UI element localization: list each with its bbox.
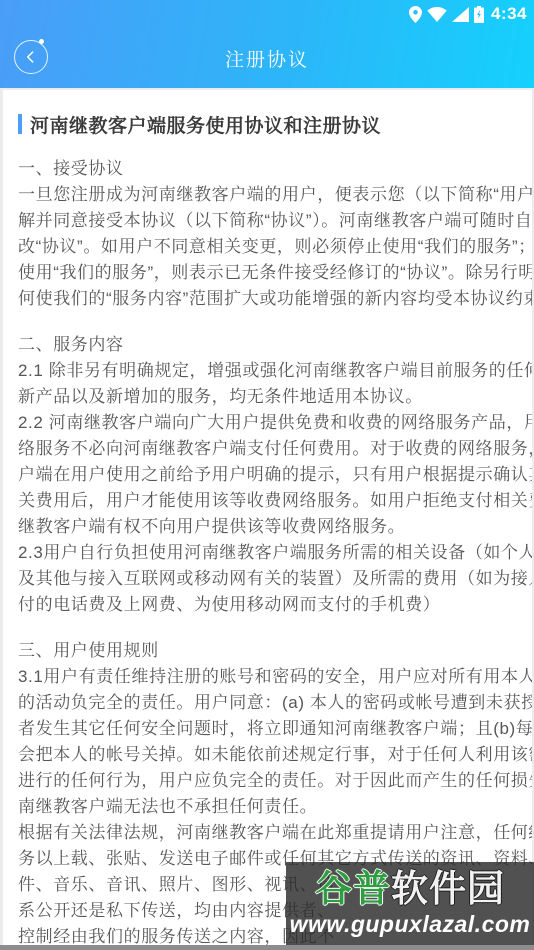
watermark-site-name: 谷普软件园 (315, 869, 505, 909)
document-title: 河南继教客户端服务使用协议和注册协议 (30, 111, 381, 138)
text-line: 2.2 河南继教客户端向广大用户提供免费和收费的网络服务产品，用户使用免 (18, 410, 532, 436)
back-button-dot (39, 39, 44, 44)
document-body: 一、接受协议一旦您注册成为河南继教客户端的用户，便表示您（以下简称“用户”）已经… (18, 156, 532, 945)
watermark-url: www.gupuxlazal.com (290, 911, 531, 938)
text-line: 2.1 除非另有明确规定，增强或强化河南继教客户端目前服务的任何新功能， (18, 358, 532, 384)
text-line: 改“协议”。如用户不同意相关变更，则必须停止使用“我们的服务”；如果用户 (18, 234, 532, 260)
text-line: 络服务不必向河南继教客户端支付任何费用。对于收费的网络服务，河南继 (18, 436, 532, 462)
watermark-overlay: 谷普软件园 www.gupuxlazal.com (286, 862, 534, 945)
app-screen: 4:34 注册协议 河南继教客户端服务使用协议和注册协议 一、接受协议一旦您注册… (0, 0, 534, 950)
text-line: 使用“我们的服务”，则表示已无条件接受经修订的“协议”。除另行明确声明外 (18, 260, 532, 286)
text-line: 何使我们的“服务内容”范围扩大或功能增强的新内容均受本协议约束。 (18, 286, 532, 312)
text-line: 进行的任何行为，用户应负完全的责任。对于因此而产生的任何损失或损害 (18, 768, 532, 794)
signal-icon (452, 7, 469, 22)
section-heading: 二、服务内容 (18, 332, 532, 358)
status-bar: 4:34 (0, 0, 534, 28)
location-icon (409, 6, 422, 23)
text-line: 解并同意接受本协议（以下简称“协议”）。河南继教客户端可随时自行全权 (18, 208, 532, 234)
document-title-row: 河南继教客户端服务使用协议和注册协议 (18, 110, 532, 138)
top-bar: 4:34 注册协议 (0, 0, 534, 88)
text-line: 根据有关法律法规，河南继教客户端在此郑重提请用户注意，任何经由我们 (18, 820, 532, 846)
title-accent-bar (18, 114, 22, 134)
text-line: 一旦您注册成为河南继教客户端的用户，便表示您（以下简称“用户”）已经 (18, 182, 532, 208)
back-button[interactable] (14, 40, 48, 74)
text-line: 的活动负完全的责任。用户同意：(a) 本人的密码或帐号遭到未获授权的使用 (18, 690, 532, 716)
page-title: 注册协议 (225, 45, 309, 72)
bottom-edge-strip (0, 945, 534, 950)
watermark-text-green: 谷普 (315, 868, 391, 909)
battery-charging-icon (474, 6, 484, 23)
text-line: 户端在用户使用之前给予用户明确的提示，只有用户根据提示确认其愿意支 (18, 462, 532, 488)
text-line: 及其他与接入互联网或移动网有关的装置）及所需的费用（如为接入互联网 (18, 566, 532, 592)
section-heading: 三、用户使用规则 (18, 638, 532, 664)
text-line: 新产品以及新增加的服务，均无条件地适用本协议。 (18, 384, 532, 410)
watermark-text-white: 软件园 (391, 868, 505, 909)
agreement-section: 二、服务内容2.1 除非另有明确规定，增强或强化河南继教客户端目前服务的任何新功… (18, 332, 532, 618)
status-time: 4:34 (491, 4, 527, 24)
text-line: 3.1用户有责任维持注册的账号和密码的安全，用户应对所有用本人的密码及 (18, 664, 532, 690)
text-line: 南继教客户端无法也不承担任何责任。 (18, 794, 532, 820)
agreement-section: 一、接受协议一旦您注册成为河南继教客户端的用户，便表示您（以下简称“用户”）已经… (18, 156, 532, 312)
text-line: 2.3用户自行负担使用河南继教客户端服务所需的相关设备（如个人电脑、手 (18, 540, 532, 566)
text-line: 关费用后，用户才能使用该等收费网络服务。如用户拒绝支付相关费用，则 (18, 488, 532, 514)
text-line: 会把本人的帐号关掉。如未能依前述规定行事，对于任何人利用该密码及帐 (18, 742, 532, 768)
text-line: 付的电话费及上网费、为使用移动网而支付的手机费） (18, 592, 532, 618)
wifi-icon (427, 7, 447, 22)
app-bar: 注册协议 (0, 28, 534, 88)
chevron-left-icon (22, 48, 40, 66)
section-heading: 一、接受协议 (18, 156, 532, 182)
agreement-document[interactable]: 河南继教客户端服务使用协议和注册协议 一、接受协议一旦您注册成为河南继教客户端的… (3, 90, 532, 945)
text-line: 继教客户端有权不向用户提供该等收费网络服务。 (18, 514, 532, 540)
text-line: 者发生其它任何安全问题时，将立即通知河南继教客户端；且(b)每次上网完 (18, 716, 532, 742)
